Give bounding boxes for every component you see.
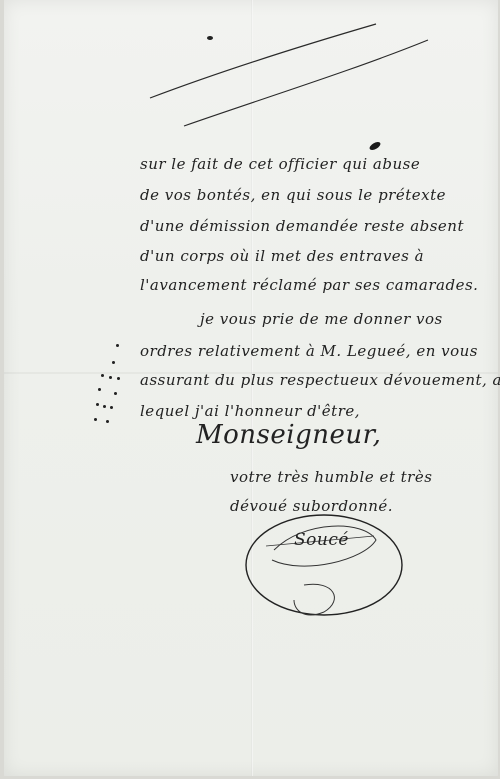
letter-line-7: ordres relativement à M. Legueé, en vous bbox=[140, 342, 478, 360]
signature: Soucé bbox=[294, 530, 349, 550]
letter-line-8: assurant du plus respectueux dévouement,… bbox=[140, 371, 500, 389]
letter-line-3: d'une démission demandée reste absent bbox=[140, 217, 464, 235]
salutation: Monseigneur, bbox=[196, 420, 381, 450]
letter-line-9: lequel j'ai l'honneur d'être, bbox=[140, 402, 360, 420]
letter-line-5: l'avancement réclamé par ses camarades. bbox=[140, 276, 478, 294]
letter-line-2: de vos bontés, en qui sous le prétexte bbox=[140, 186, 446, 204]
letter-sheet: sur le fait de cet officier qui abuse de… bbox=[4, 0, 498, 776]
closing-line-1: votre très humble et très bbox=[230, 468, 432, 486]
letter-line-6: je vous prie de me donner vos bbox=[200, 310, 443, 328]
closing-line-2: dévoué subordonné. bbox=[230, 497, 393, 515]
letter-line-4: d'un corps où il met des entraves à bbox=[140, 247, 424, 265]
letter-line-1: sur le fait de cet officier qui abuse bbox=[140, 155, 420, 173]
